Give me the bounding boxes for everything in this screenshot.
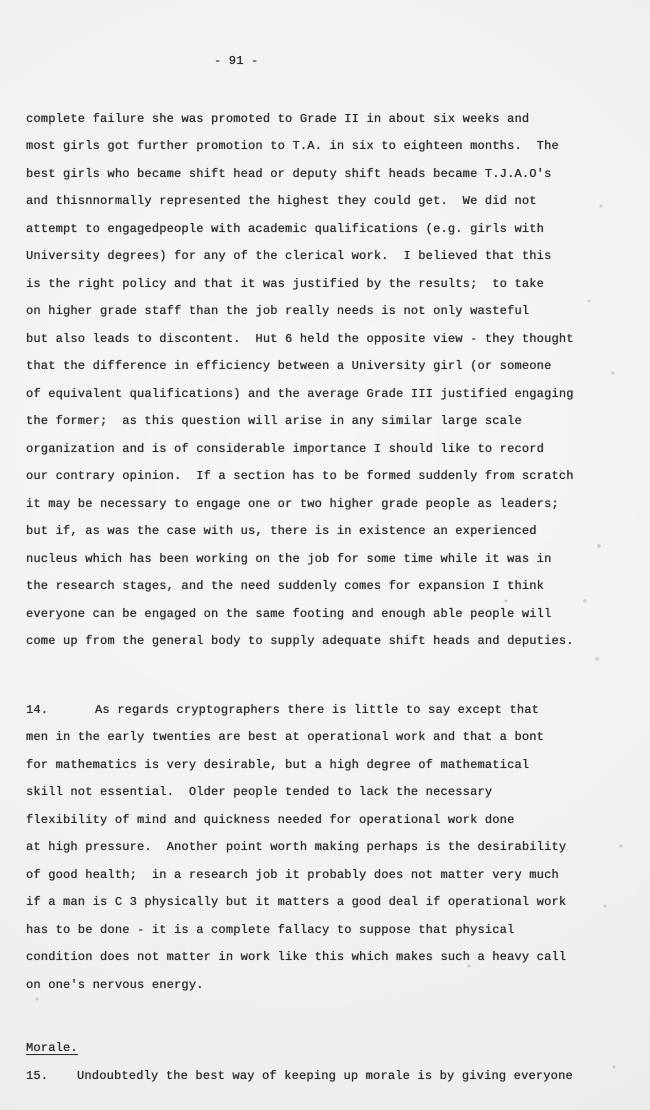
text-line: of equivalent qualifications) and the av…	[26, 381, 626, 409]
text-line: of good health; in a research job it pro…	[26, 862, 626, 890]
text-line: on higher grade staff than the job reall…	[26, 298, 626, 326]
text-line: and thisnnormally represented the highes…	[26, 188, 626, 216]
text-line: complete failure she was promoted to Gra…	[26, 106, 626, 134]
paragraph-15: 15.Undoubtedly the best way of keeping u…	[26, 1063, 626, 1091]
text-line: flexibility of mind and quickness needed…	[26, 807, 626, 835]
text-line: men in the early twenties are best at op…	[26, 724, 626, 752]
paragraph-14: 14.As regards cryptographers there is li…	[26, 697, 626, 1000]
paragraph-13: complete failure she was promoted to Gra…	[26, 106, 626, 656]
paragraph-opening-line: 15.Undoubtedly the best way of keeping u…	[26, 1063, 626, 1091]
page-number: - 91 -	[214, 48, 626, 76]
text-line: but if, as was the case with us, there i…	[26, 518, 626, 546]
scan-speckles	[0, 0, 2, 2]
text-line: but also leads to discontent. Hut 6 held…	[26, 326, 626, 354]
text-line: attempt to engagedpeople with academic q…	[26, 216, 626, 244]
text-line: everyone can be engaged on the same foot…	[26, 601, 626, 629]
text-line: at high pressure. Another point worth ma…	[26, 834, 626, 862]
text-line: is the right policy and that it was just…	[26, 271, 626, 299]
text-line: has to be done - it is a complete fallac…	[26, 917, 626, 945]
text-line: for mathematics is very desirable, but a…	[26, 752, 626, 780]
paragraph-opening-line: 14.As regards cryptographers there is li…	[26, 697, 626, 725]
text-line: come up from the general body to supply …	[26, 628, 626, 656]
text-line: organization and is of considerable impo…	[26, 436, 626, 464]
text-line: skill not essential. Older people tended…	[26, 779, 626, 807]
text-line: the research stages, and the need sudden…	[26, 573, 626, 601]
text-line: best girls who became shift head or depu…	[26, 161, 626, 189]
section-heading-row: Morale.	[26, 1035, 626, 1063]
paragraph-opening-text: As regards cryptographers there is littl…	[95, 703, 539, 717]
text-line: condition does not matter in work like t…	[26, 944, 626, 972]
text-line: on one's nervous energy.	[26, 972, 626, 1000]
text-line: if a man is C 3 physically but it matter…	[26, 889, 626, 917]
text-line: our contrary opinion. If a section has t…	[26, 463, 626, 491]
text-line: University degrees) for any of the cleri…	[26, 243, 626, 271]
text-line: that the difference in efficiency betwee…	[26, 353, 626, 381]
paragraph-number: 15.	[26, 1063, 77, 1091]
text-line: nucleus which has been working on the jo…	[26, 546, 626, 574]
section-heading: Morale.	[26, 1041, 78, 1055]
text-line: most girls got further promotion to T.A.…	[26, 133, 626, 161]
text-line: the former; as this question will arise …	[26, 408, 626, 436]
paragraph-number: 14.	[26, 697, 95, 725]
text-line: it may be necessary to engage one or two…	[26, 491, 626, 519]
paragraph-opening-text: Undoubtedly the best way of keeping up m…	[77, 1069, 573, 1083]
document-page: - 91 - complete failure she was promoted…	[0, 0, 650, 1110]
